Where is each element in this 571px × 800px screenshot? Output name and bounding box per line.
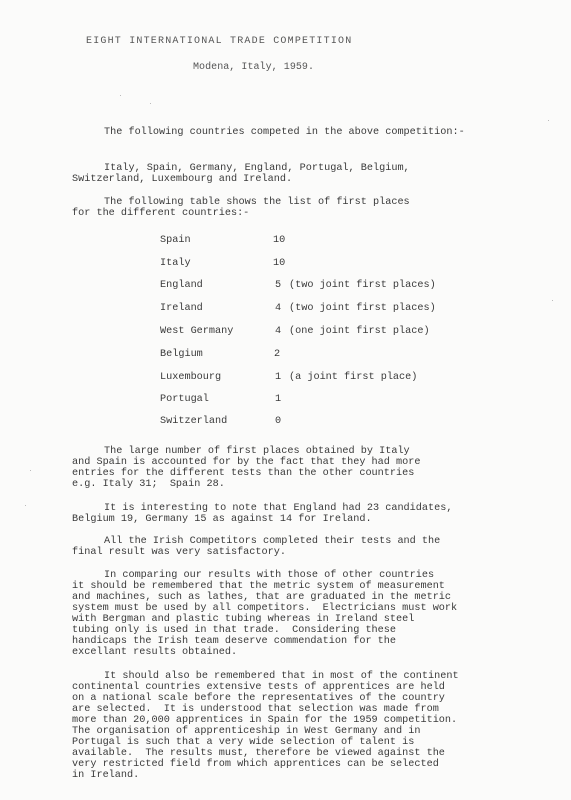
scan-speck — [150, 103, 151, 104]
text-line: The large number of first places obtaine… — [72, 446, 542, 457]
text-line: on a national scale before the represent… — [72, 693, 542, 704]
text-line: handicaps the Irish team deserve commend… — [72, 636, 542, 647]
text-line: The following countries competed in the … — [72, 127, 542, 138]
text-line: It is interesting to note that England h… — [72, 503, 542, 514]
scan-speck — [548, 120, 549, 121]
text-line: it should be remembered that the metric … — [72, 581, 542, 592]
first-place-count: 4 — [275, 303, 281, 314]
text-line: for the different countries:- — [72, 208, 542, 219]
country-name: Ireland — [160, 303, 203, 314]
text-line: Italy, Spain, Germany, England, Portugal… — [72, 163, 542, 174]
metric-system-paragraph: In comparing our results with those of o… — [72, 570, 542, 658]
scan-speck — [30, 470, 31, 471]
scan-speck — [120, 95, 121, 96]
text-line: excellant results obtained. — [72, 647, 542, 658]
country-name: Luxembourg — [160, 372, 221, 383]
table-intro-paragraph: The following table shows the list of fi… — [72, 197, 542, 219]
text-line: The following table shows the list of fi… — [72, 197, 542, 208]
country-name: West Germany — [160, 326, 233, 337]
text-line: Portugal is such that a very wide select… — [72, 737, 542, 748]
text-line: tubing only is used in that trade. Consi… — [72, 625, 542, 636]
first-place-note: (two joint first places) — [289, 303, 436, 314]
text-line: with Bergman and plastic tubing whereas … — [72, 614, 542, 625]
first-place-count: 10 — [273, 258, 285, 269]
scan-speck — [25, 505, 26, 506]
first-place-note: (one joint first place) — [289, 326, 430, 337]
text-line: e.g. Italy 31; Spain 28. — [72, 479, 542, 490]
text-line: and machines, such as lathes, that are g… — [72, 592, 542, 603]
entries-paragraph: The large number of first places obtaine… — [72, 446, 542, 490]
candidates-paragraph: It is interesting to note that England h… — [72, 503, 542, 525]
text-line: more than 20,000 apprentices in Spain fo… — [72, 715, 542, 726]
text-line: available. The results must, therefore b… — [72, 748, 542, 759]
text-line: in Ireland. — [72, 770, 542, 781]
irish-results-paragraph: All the Irish Competitors completed thei… — [72, 536, 542, 558]
country-name: England — [160, 280, 203, 291]
first-place-count: 4 — [275, 326, 281, 337]
text-line: It should also be remembered that in mos… — [72, 671, 542, 682]
countries-paragraph: Italy, Spain, Germany, England, Portugal… — [72, 163, 542, 185]
intro-paragraph: The following countries competed in the … — [72, 127, 542, 138]
typewritten-page: EIGHT INTERNATIONAL TRADE COMPETITION Mo… — [0, 0, 571, 800]
text-line: system must be used by all competitors. … — [72, 603, 542, 614]
country-name: Italy — [160, 258, 191, 269]
text-line: very restricted field from which apprent… — [72, 759, 542, 770]
first-place-count: 1 — [275, 394, 281, 405]
first-place-count: 1 — [275, 372, 281, 383]
scan-speck — [552, 300, 553, 301]
text-line: The organisation of apprenticeship in We… — [72, 726, 542, 737]
document-title: EIGHT INTERNATIONAL TRADE COMPETITION — [86, 36, 352, 47]
country-name: Spain — [160, 235, 191, 246]
text-line: Belgium 19, Germany 15 as against 14 for… — [72, 514, 542, 525]
text-line: All the Irish Competitors completed thei… — [72, 536, 542, 547]
text-line: and Spain is accounted for by the fact t… — [72, 457, 542, 468]
document-location-date: Modena, Italy, 1959. — [193, 62, 314, 73]
text-line: final result was very satisfactory. — [72, 547, 542, 558]
first-place-count: 0 — [275, 416, 281, 427]
first-place-count: 10 — [273, 235, 285, 246]
first-place-count: 5 — [275, 280, 281, 291]
first-place-note: (two joint first places) — [289, 280, 436, 291]
country-name: Belgium — [160, 349, 203, 360]
first-place-note: (a joint first place) — [289, 372, 417, 383]
text-line: are selected. It is understood that sele… — [72, 704, 542, 715]
selection-paragraph: It should also be remembered that in mos… — [72, 671, 542, 781]
country-name: Switzerland — [160, 416, 227, 427]
text-line: entries for the different tests than the… — [72, 468, 542, 479]
text-line: In comparing our results with those of o… — [72, 570, 542, 581]
country-name: Portugal — [160, 394, 209, 405]
first-place-count: 2 — [274, 349, 280, 360]
text-line: Switzerland, Luxembourg and Ireland. — [72, 174, 542, 185]
text-line: continental countries extensive tests of… — [72, 682, 542, 693]
